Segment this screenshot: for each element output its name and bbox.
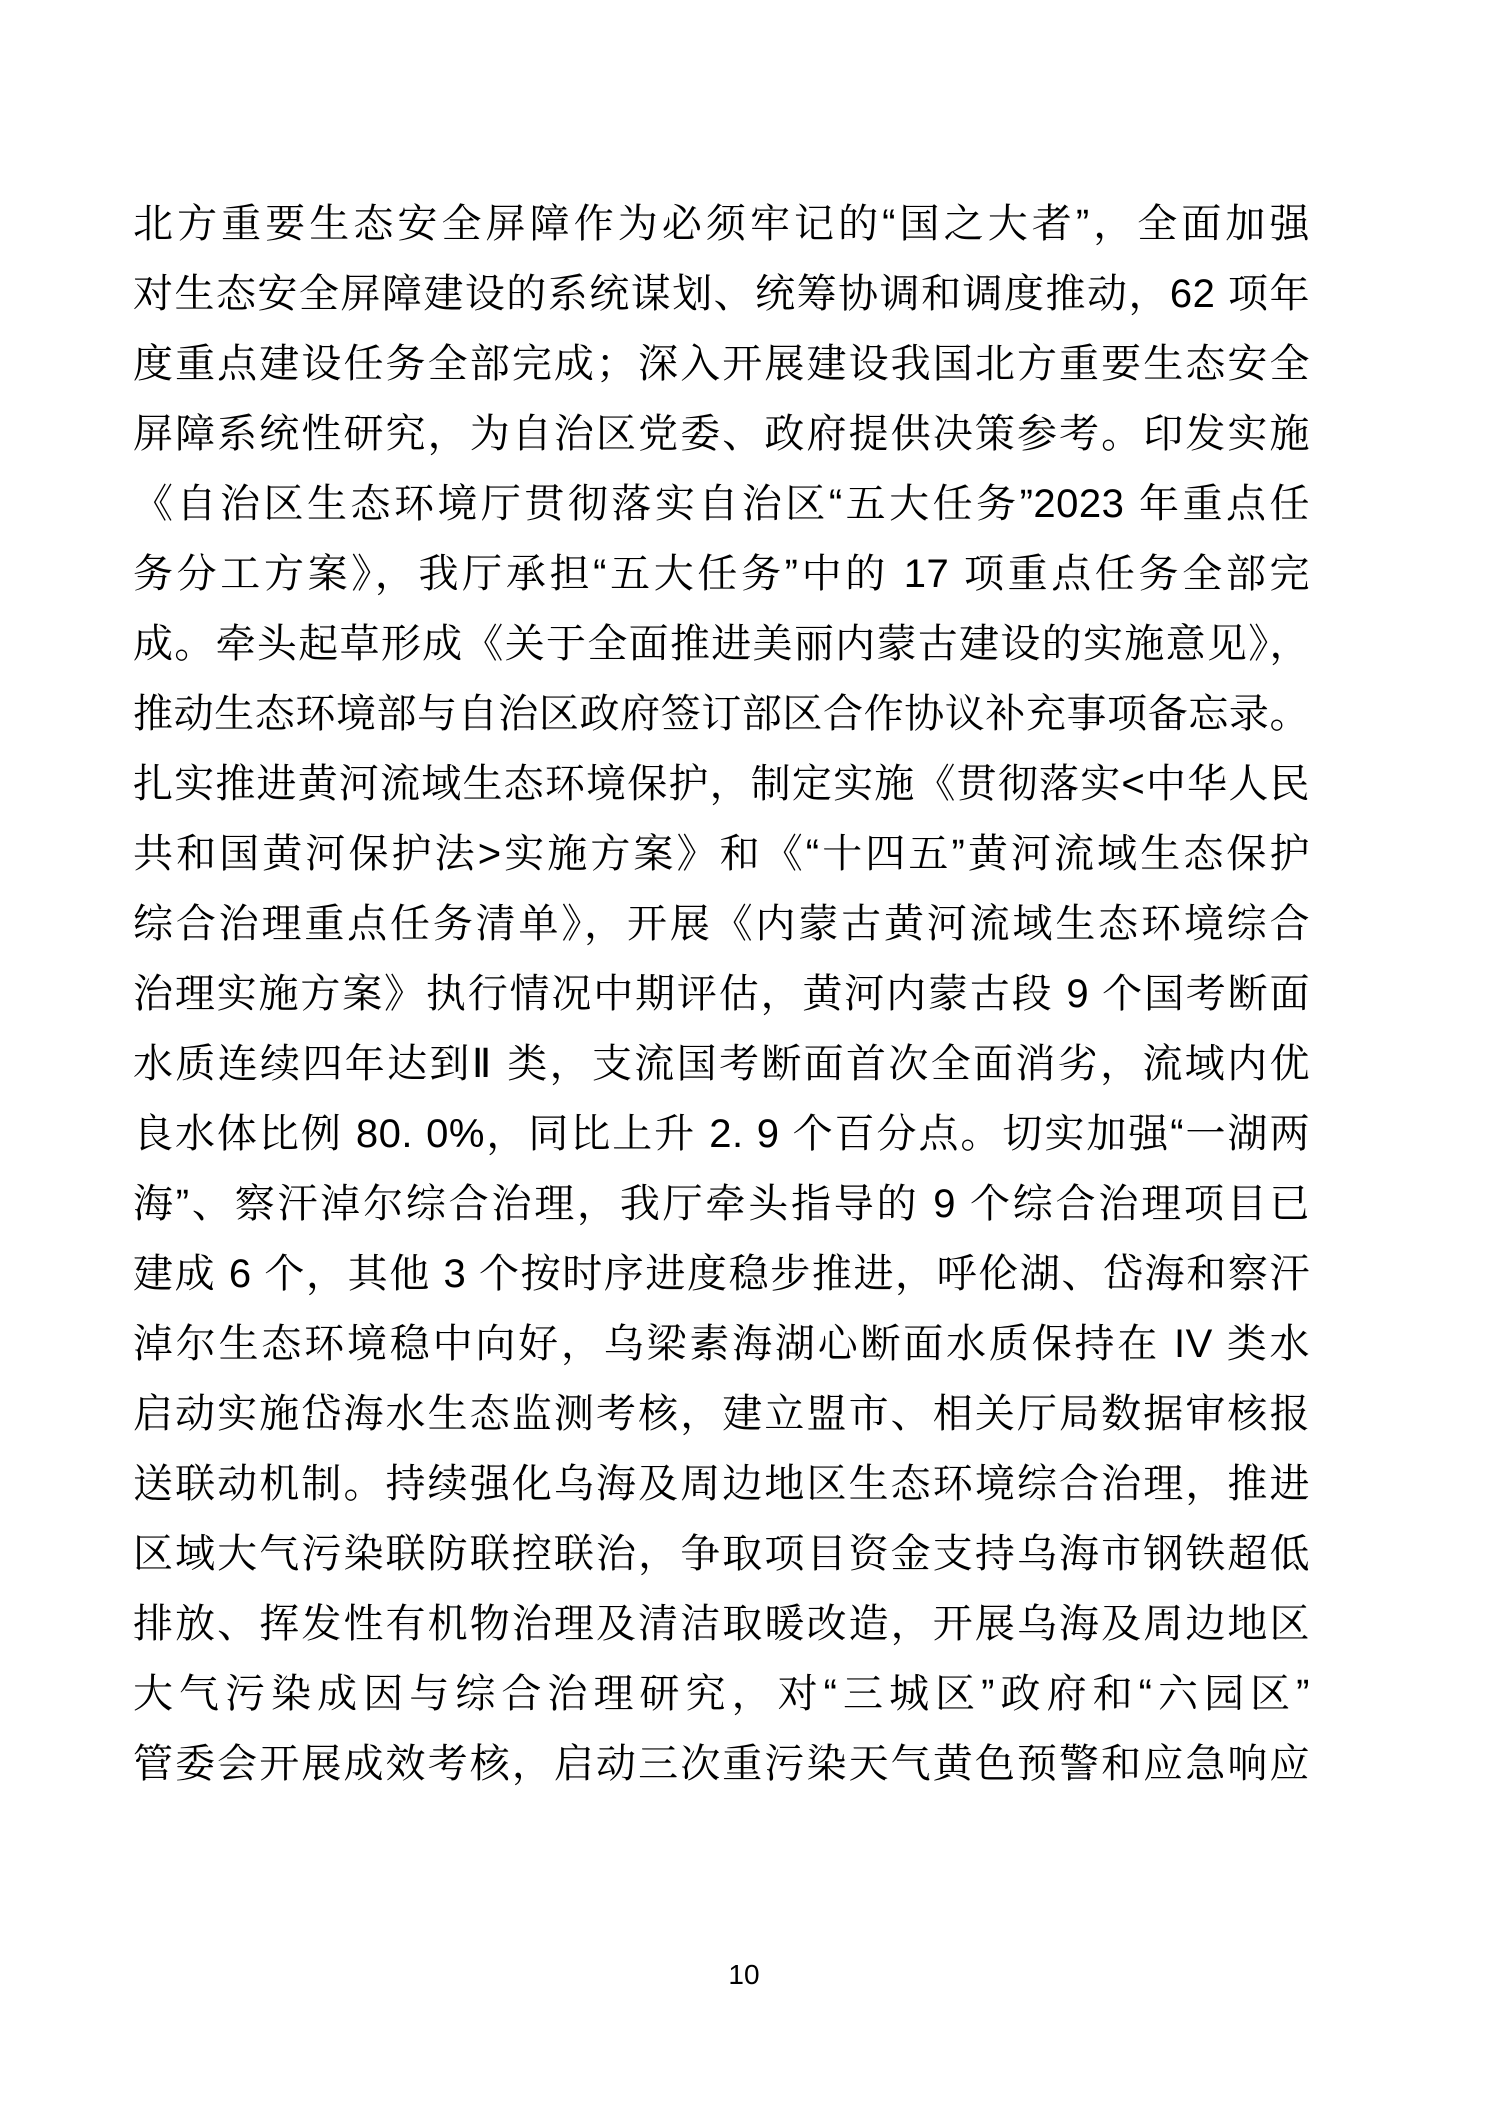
text-line: 海”、察汗淖尔综合治理，我厅牵头指导的 9 个综合治理项目已 bbox=[133, 1169, 1310, 1239]
text-line: 启动实施岱海水生态监测考核，建立盟市、相关厅局数据审核报 bbox=[133, 1379, 1310, 1449]
text-line: 排放、挥发性有机物治理及清洁取暖改造，开展乌海及周边地区 bbox=[133, 1589, 1310, 1659]
text-line: 治理实施方案》执行情况中期评估，黄河内蒙古段 9 个国考断面 bbox=[133, 959, 1310, 1029]
text-line: 扎实推进黄河流域生态环境保护，制定实施《贯彻落实<中华人民 bbox=[133, 749, 1310, 819]
text-line: 对生态安全屏障建设的系统谋划、统筹协调和调度推动，62 项年 bbox=[133, 259, 1310, 329]
text-line: 水质连续四年达到Ⅱ 类，支流国考断面首次全面消劣，流域内优 bbox=[133, 1029, 1310, 1099]
text-line: 送联动机制。持续强化乌海及周边地区生态环境综合治理，推进 bbox=[133, 1449, 1310, 1519]
text-line: 淖尔生态环境稳中向好，乌梁素海湖心断面水质保持在 IV 类水平。 bbox=[133, 1309, 1310, 1379]
text-line: 务分工方案》，我厅承担“五大任务”中的 17 项重点任务全部完 bbox=[133, 539, 1310, 609]
text-line: 管委会开展成效考核，启动三次重污染天气黄色预警和应急响应 bbox=[133, 1729, 1310, 1799]
page-number: 10 bbox=[0, 1958, 1488, 1992]
text-line: 成。牵头起草形成《关于全面推进美丽内蒙古建设的实施意见》， bbox=[133, 609, 1310, 679]
document-page: 北方重要生态安全屏障作为必须牢记的“国之大者”，全面加强 对生态安全屏障建设的系… bbox=[0, 0, 1488, 2104]
text-line: 综合治理重点任务清单》，开展《内蒙古黄河流域生态环境综合 bbox=[133, 889, 1310, 959]
text-line: 建成 6 个，其他 3 个按时序进度稳步推进，呼伦湖、岱海和察汗 bbox=[133, 1239, 1310, 1309]
text-line: 屏障系统性研究，为自治区党委、政府提供决策参考。印发实施 bbox=[133, 399, 1310, 469]
text-line: 北方重要生态安全屏障作为必须牢记的“国之大者”，全面加强 bbox=[133, 189, 1310, 259]
text-line: 大气污染成因与综合治理研究，对“三城区”政府和“六园区” bbox=[133, 1659, 1310, 1729]
body-paragraph: 北方重要生态安全屏障作为必须牢记的“国之大者”，全面加强 对生态安全屏障建设的系… bbox=[133, 189, 1310, 1799]
text-line: 度重点建设任务全部完成；深入开展建设我国北方重要生态安全 bbox=[133, 329, 1310, 399]
text-line: 《自治区生态环境厅贯彻落实自治区“五大任务”2023 年重点任 bbox=[133, 469, 1310, 539]
text-line: 区域大气污染联防联控联治，争取项目资金支持乌海市钢铁超低 bbox=[133, 1519, 1310, 1589]
text-line: 推动生态环境部与自治区政府签订部区合作协议补充事项备忘录。 bbox=[133, 679, 1310, 749]
text-line: 共和国黄河保护法>实施方案》和《“十四五”黄河流域生态保护 bbox=[133, 819, 1310, 889]
text-line: 良水体比例 80. 0%，同比上升 2. 9 个百分点。切实加强“一湖两 bbox=[133, 1099, 1310, 1169]
